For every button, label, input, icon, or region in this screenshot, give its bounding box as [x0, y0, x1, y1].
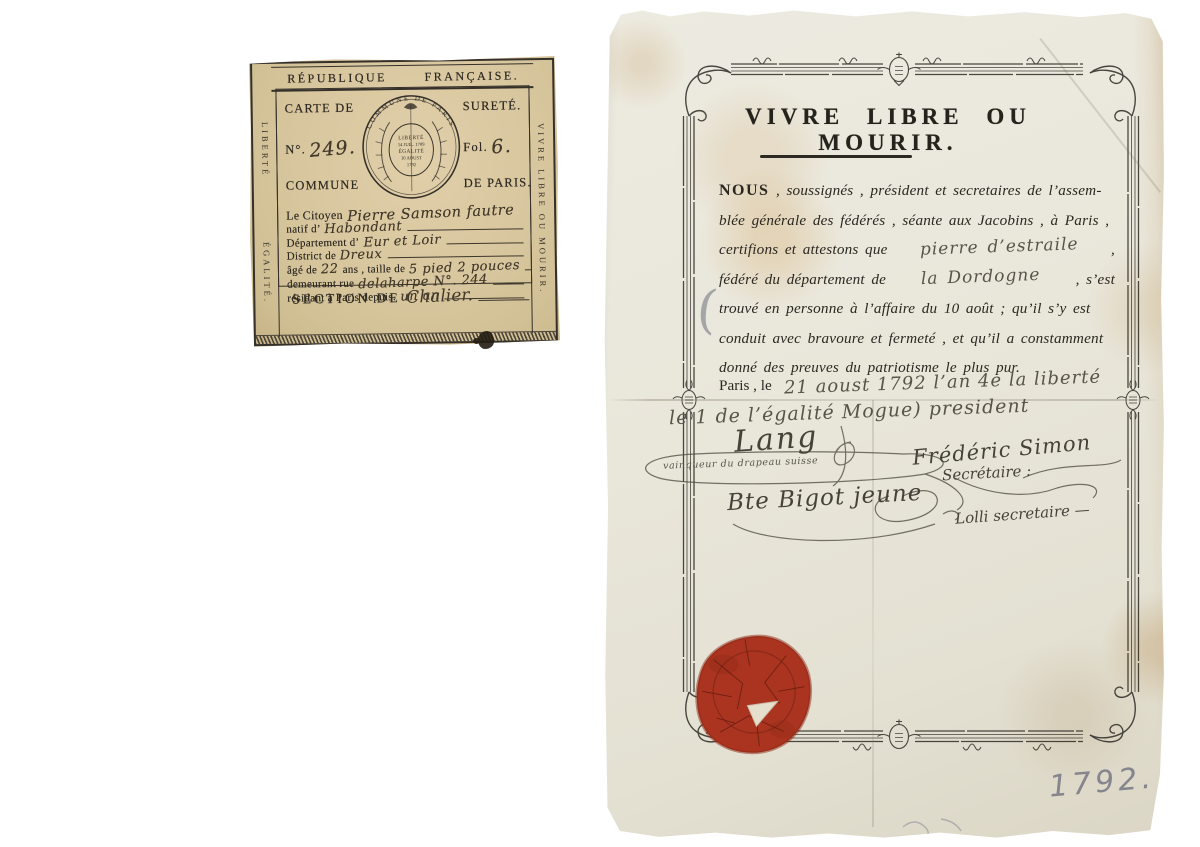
section-de-label: SECTION DE	[292, 290, 401, 308]
scanner-background: RÉPUBLIQUE FRANÇAISE. LIBERTÉ ÉGALITÉ. V…	[0, 0, 1200, 847]
ink-blot	[478, 331, 494, 349]
card-egalite-vertical: ÉGALITÉ.	[262, 242, 273, 304]
age-handwritten: 22	[321, 262, 339, 278]
card-republique: RÉPUBLIQUE	[287, 70, 387, 86]
carte-de-surete: RÉPUBLIQUE FRANÇAISE. LIBERTÉ ÉGALITÉ. V…	[247, 55, 561, 349]
card-commune-label: COMMUNE	[286, 178, 360, 194]
seal-1789: 14 JUIL. 1789	[398, 142, 426, 147]
card-section-row: SECTION DE Chalier.	[278, 282, 532, 315]
wax-seal	[689, 629, 820, 763]
card-fol-value: 6.	[490, 135, 512, 159]
card-seal-wrap: COMMUNE DE PARIS LIB	[358, 91, 464, 202]
body-line-4: fédéré du département de la Dordogne , s…	[719, 265, 1115, 295]
card-no-label: N°.	[285, 142, 306, 157]
liberty-cap-icon	[404, 103, 418, 109]
seal-egalite: ÉGALITÉ	[399, 146, 425, 154]
seal-liberte: LIBERTÉ	[398, 133, 424, 141]
card-head-grid: CARTE DE N°. 249. COMMUNE	[280, 90, 526, 203]
card-devise-vertical: VIVRE LIBRE OU MOURIR.	[536, 123, 548, 294]
departement-handwritten-cert: la Dordogne	[921, 260, 1041, 294]
body-line-3: certifions et attestons que pierre d’est…	[719, 235, 1115, 265]
certificate-body: NOUS , soussignés , président et secreta…	[719, 176, 1115, 383]
card-inner-frame: CARTE DE N°. 249. COMMUNE	[275, 85, 532, 287]
district-handwritten: Dreux	[340, 247, 383, 264]
seal-1792: 1792	[407, 162, 417, 167]
body-line-5: trouvé en personne à l’affaire du 10 aoû…	[719, 294, 1115, 324]
card-francaise: FRANÇAISE.	[424, 68, 519, 84]
seal-10-aout: 10 AOUST	[401, 155, 422, 160]
certificate-document: VIVRE LIBRE OU MOURIR. NOUS , soussignés…	[603, 8, 1165, 841]
commune-de-paris-seal: COMMUNE DE PARIS LIB	[358, 92, 463, 201]
bottom-cartouche	[878, 720, 921, 749]
body-line-1: NOUS , soussignés , président et secreta…	[719, 176, 1115, 206]
de-paris-label: DE PARIS.	[464, 175, 536, 191]
laurel-right	[431, 121, 441, 181]
card-head-right: SURETÉ. Fol. 6. DE PARIS.	[462, 90, 536, 201]
carte-de-label: CARTE DE	[285, 101, 359, 117]
card-fol-label: Fol.	[463, 140, 488, 155]
top-cartouche	[878, 53, 921, 86]
surete-label: SURETÉ.	[463, 98, 535, 114]
card-no-value: 249.	[308, 136, 356, 162]
signature-lang: Lang	[733, 419, 820, 460]
body-line-6: conduit avec bravoure et fermeté , et qu…	[719, 324, 1115, 354]
section-handwritten: Chalier.	[406, 285, 473, 308]
pencil-scribble	[893, 813, 983, 839]
card-head-left: CARTE DE N°. 249. COMMUNE	[280, 93, 360, 204]
laurel-left	[381, 122, 391, 182]
fedore-name-handwritten: pierre d’estraile	[919, 230, 1079, 265]
certificate-title: VIVRE LIBRE OU MOURIR.	[698, 104, 1078, 156]
card-liberte-vertical: LIBERTÉ	[260, 121, 271, 177]
field-citoyen: Le Citoyen Pierre Samson fautre	[286, 204, 524, 221]
title-rule	[760, 155, 912, 158]
